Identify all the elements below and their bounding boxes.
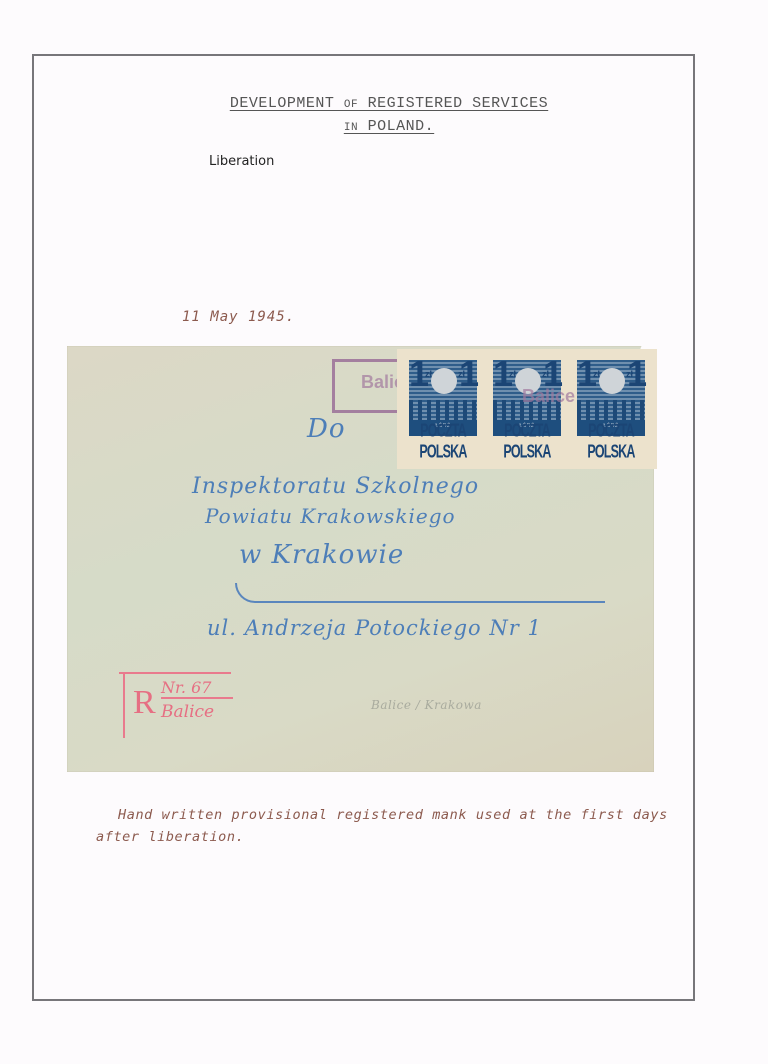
address-line-2: Inspektoratu Szkolnego — [192, 474, 479, 499]
factory-skyline-icon — [409, 400, 477, 420]
title-word: IN — [344, 122, 358, 134]
cover-date: 11 May 1945. — [182, 309, 295, 325]
factory-skyline-icon — [577, 400, 645, 420]
page-title-line2: IN POLAND. — [5, 118, 768, 135]
registration-mark: R Nr. 67 Balice — [119, 672, 237, 736]
stamp-currency: zł — [425, 369, 432, 379]
address-line-5: ul. Andrzeja Potockiego Nr 1 — [207, 616, 542, 640]
address-line-4: w Krakowie — [239, 540, 404, 570]
stamp-currency: zł — [509, 369, 516, 379]
title-word: OF — [344, 99, 358, 111]
stamp-sun-icon — [431, 368, 457, 394]
title-word: DEVELOPMENT — [230, 95, 344, 112]
reg-mark-top-rule — [119, 672, 231, 674]
postage-stamp: ŁÓDŹ 1 1 zł zł POCZTA POLSKA — [405, 354, 481, 464]
stamp-currency: zł — [458, 369, 465, 379]
pencil-annotation: Balice / Krakowa — [371, 698, 482, 712]
stamp-currency: zł — [626, 369, 633, 379]
postage-stamp: ŁÓDŹ 1 1 zł zł POCZTA POLSKA — [489, 354, 565, 464]
stamp-country: POCZTA POLSKA — [407, 420, 479, 462]
section-subtitle: Liberation — [209, 154, 274, 169]
reg-mark-left-rule — [123, 672, 125, 738]
stamp-currency: zł — [593, 369, 600, 379]
address-underline-flourish — [235, 583, 605, 603]
address-line-3: Powiatu Krakowskiego — [205, 504, 456, 528]
page-title-line1: DEVELOPMENT OF REGISTERED SERVICES — [5, 95, 768, 112]
title-word: REGISTERED SERVICES — [358, 95, 548, 112]
envelope-cover: Balice ŁÓDŹ 1 1 zł zł POCZTA POLSKA ŁÓDŹ… — [67, 346, 654, 772]
stamp-currency: zł — [542, 369, 549, 379]
stamp-strip: ŁÓDŹ 1 1 zł zł POCZTA POLSKA ŁÓDŹ 1 1 zł… — [397, 349, 657, 469]
reg-mark-letter: R — [133, 684, 156, 722]
cancellation-text-overprint: Balice — [522, 386, 575, 407]
reg-mark-place: Balice — [161, 702, 214, 722]
stamp-country: POCZTA POLSKA — [575, 420, 647, 462]
address-line-1: Do — [307, 414, 346, 444]
stamp-country: POCZTA POLSKA — [491, 420, 563, 462]
title-word: POLAND. — [358, 118, 434, 135]
reg-mark-number: Nr. 67 — [161, 678, 233, 699]
stamp-sun-icon — [599, 368, 625, 394]
page-caption: Hand written provisional registered mank… — [96, 804, 676, 848]
postage-stamp: ŁÓDŹ 1 1 zł zł POCZTA POLSKA — [573, 354, 649, 464]
